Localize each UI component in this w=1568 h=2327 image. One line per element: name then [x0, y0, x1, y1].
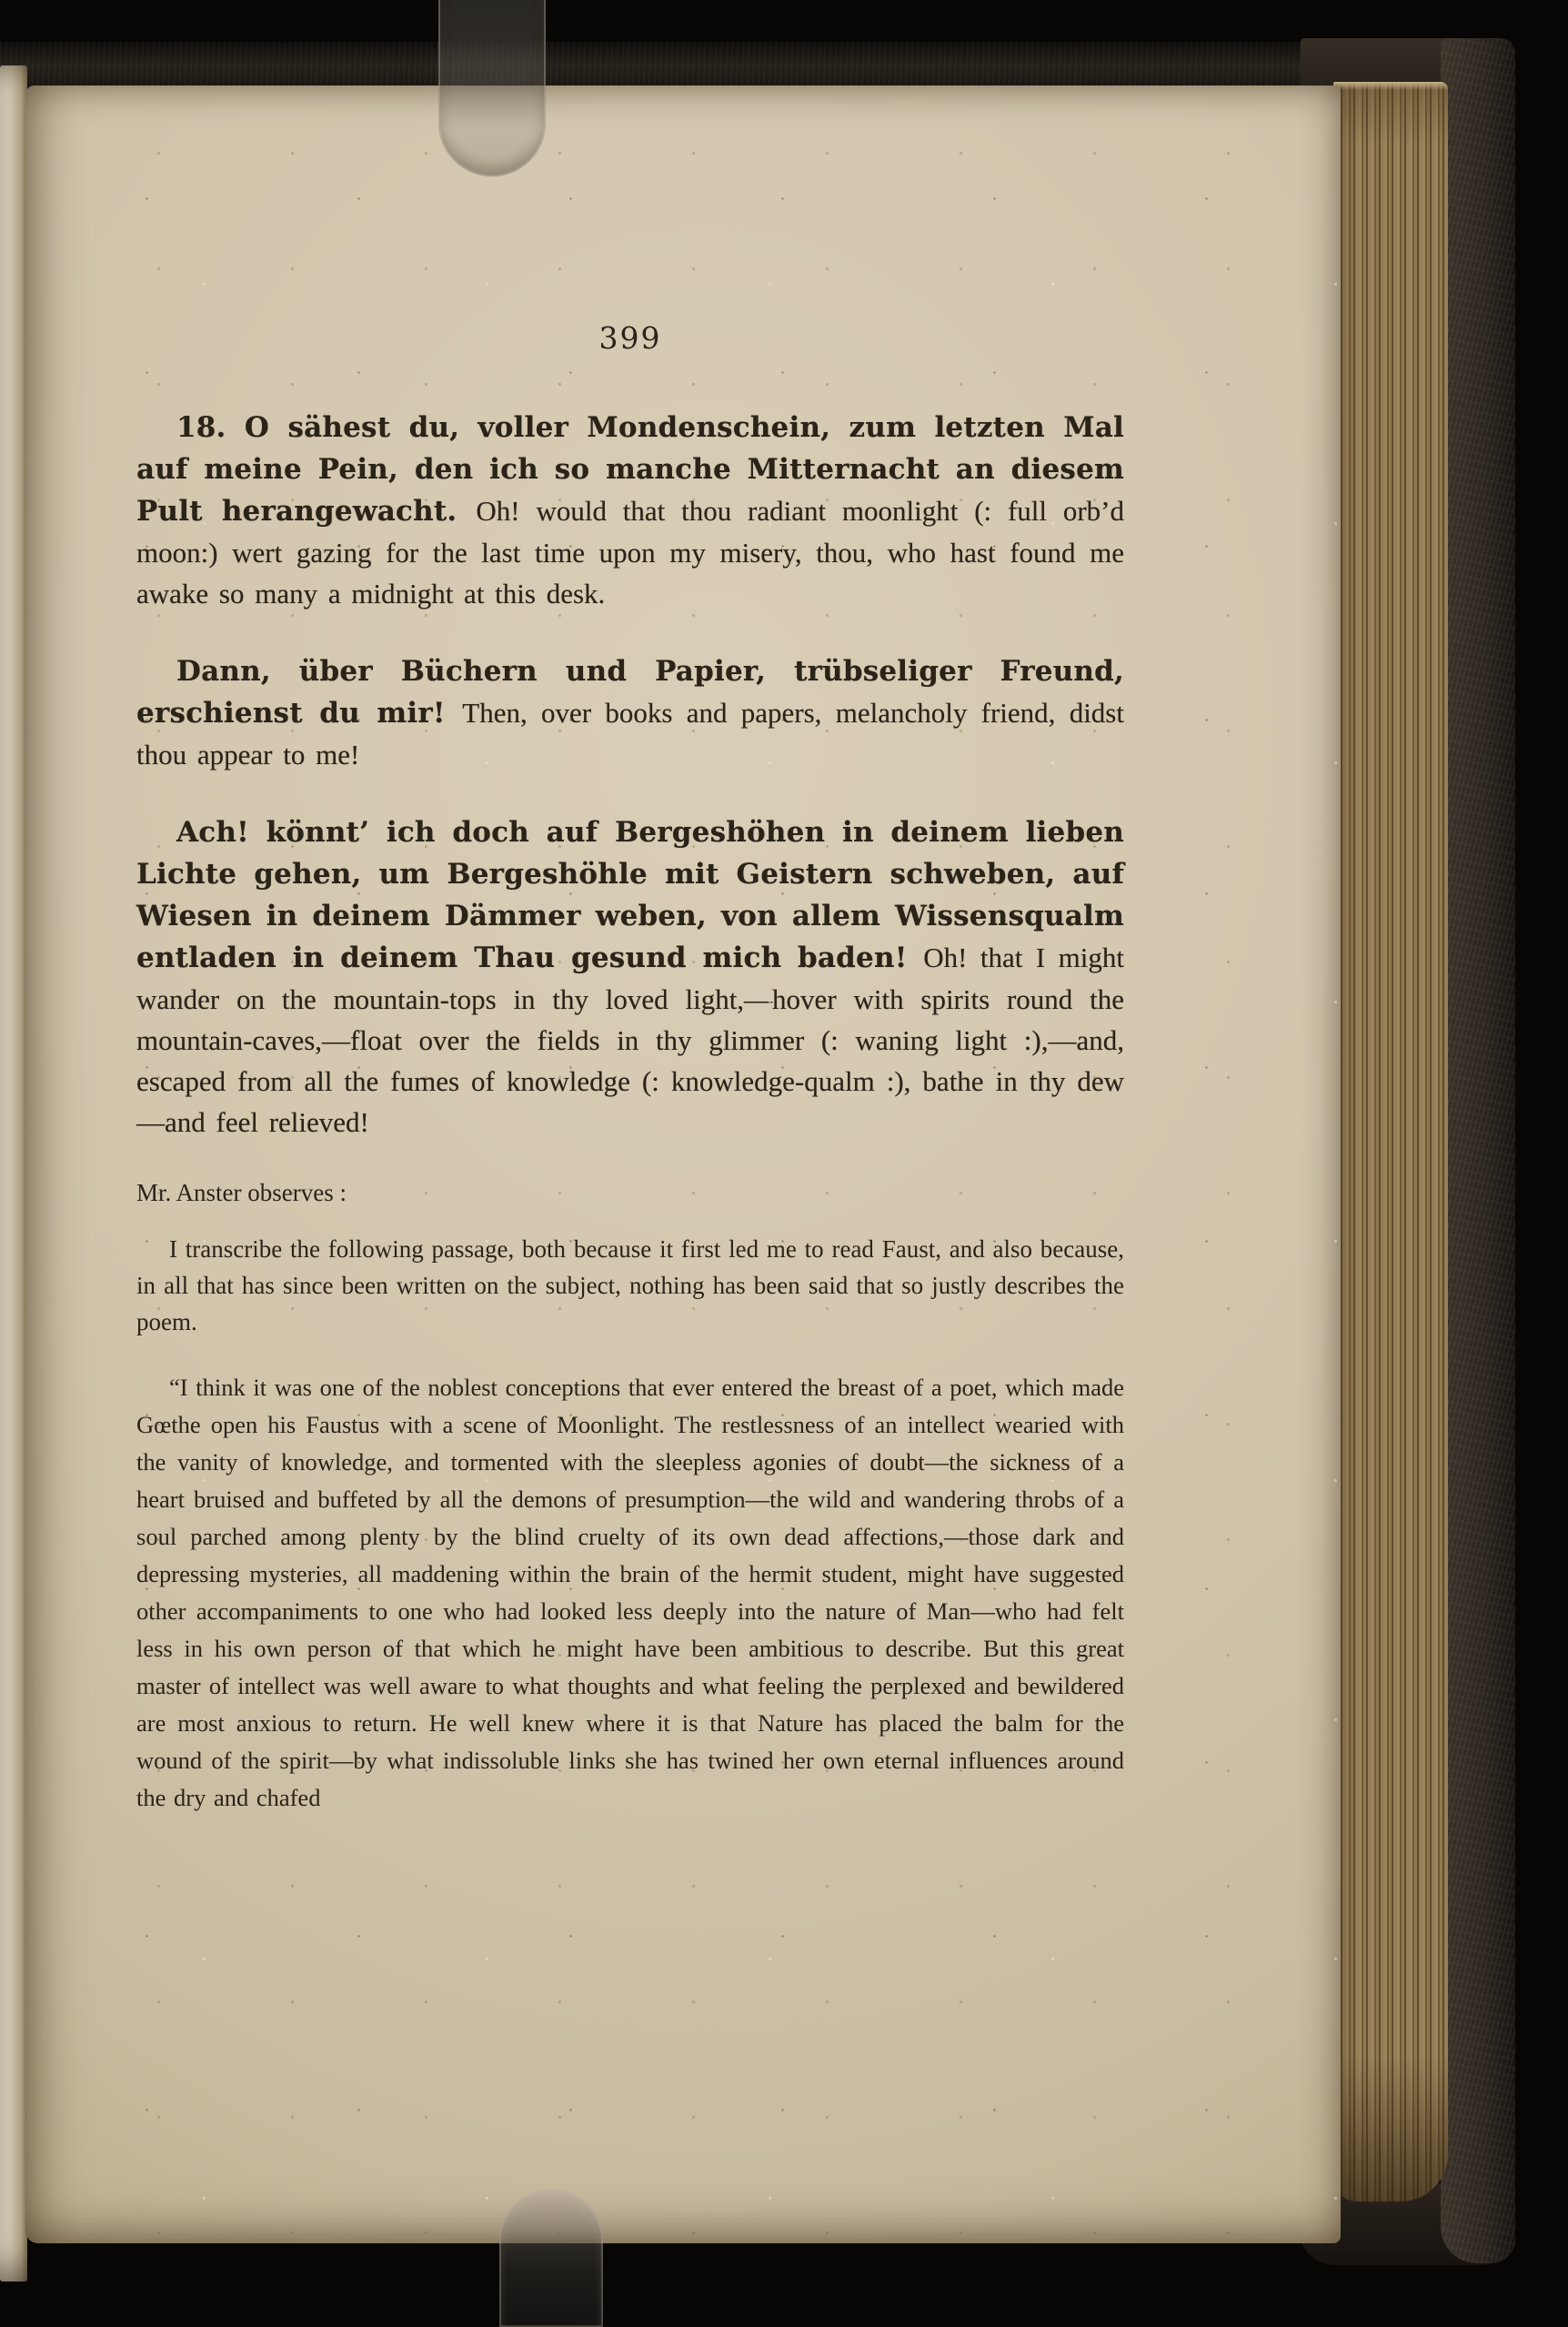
book-fore-edge — [1333, 82, 1448, 2201]
book-cover-right — [1441, 38, 1515, 2263]
book-scan-photo: 399 18. O sähest du, voller Mondenschein… — [0, 0, 1568, 2327]
text-column: 399 18. O sähest du, voller Mondenschein… — [136, 320, 1124, 1817]
book-page: 399 18. O sähest du, voller Mondenschein… — [25, 86, 1341, 2243]
quoted-passage: “I think it was one of the noblest conce… — [136, 1369, 1124, 1817]
verse-paragraph-18: 18. O sähest du, voller Mondenschein, zu… — [136, 407, 1124, 614]
page-number: 399 — [136, 320, 1124, 356]
verse-paragraph-dann: Dann, über Büchern und Papier, trübselig… — [136, 650, 1124, 775]
verse-paragraph-ach: Ach! könnt’ ich doch auf Bergeshöhen in … — [136, 811, 1124, 1143]
note-attribution: Mr. Anster observes : — [136, 1179, 1124, 1207]
left-page-stack-edge — [0, 65, 27, 2282]
note-paragraph: I transcribe the following passage, both… — [136, 1231, 1124, 1340]
